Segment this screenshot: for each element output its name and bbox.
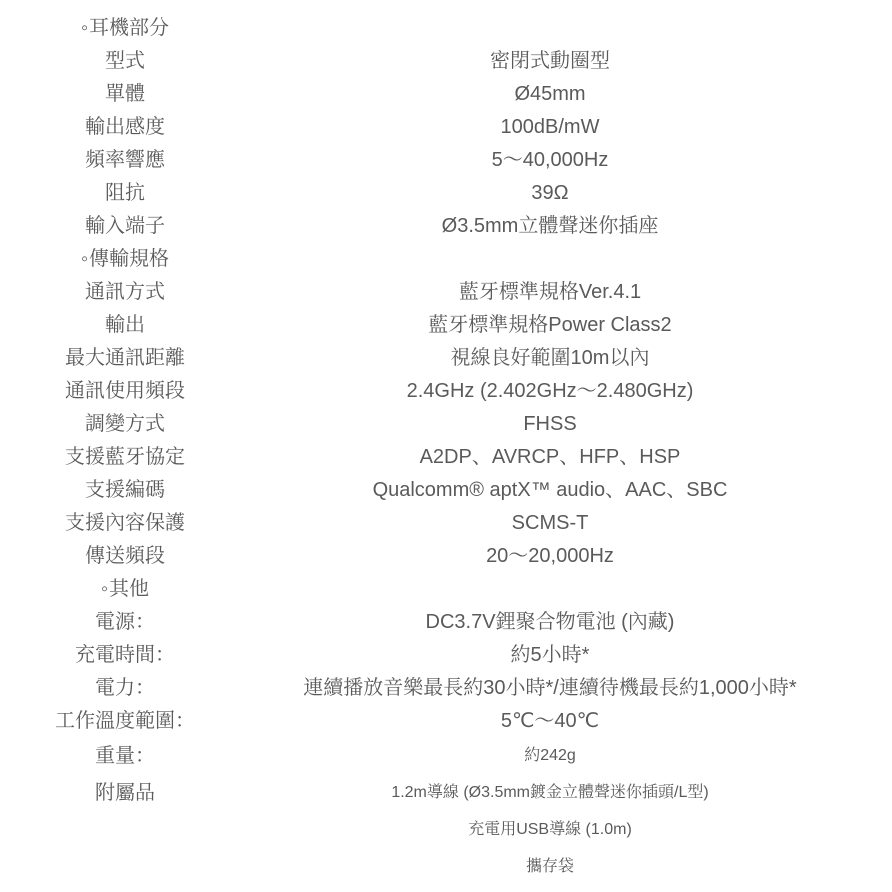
- spec-value: SCMS-T: [250, 513, 850, 533]
- spec-row: ◦傳輸規格: [0, 242, 850, 275]
- spec-value: 藍牙標準規格Power Class2: [250, 315, 850, 335]
- spec-label-text: 充電時間：: [75, 644, 175, 666]
- spec-row: 攜存袋: [0, 848, 850, 885]
- spec-row: 輸出感度 100dB/mW: [0, 110, 850, 143]
- spec-row: 最大通訊距離 視線良好範圍10m以內: [0, 341, 850, 374]
- spec-value: Ø3.5mm立體聲迷你插座: [250, 216, 850, 236]
- section-bullet-icon: ◦: [81, 17, 88, 39]
- spec-label-text: 輸入端子: [85, 215, 165, 237]
- spec-label: 頻率響應: [0, 150, 250, 170]
- spec-row: 通訊使用頻段 2.4GHz (2.402GHz～2.480GHz): [0, 374, 850, 407]
- spec-row: 傳送頻段 20～20,000Hz: [0, 539, 850, 572]
- spec-label: 最大通訊距離: [0, 348, 250, 368]
- spec-label-text: 支援藍牙協定: [65, 446, 185, 468]
- spec-row: 輸入端子 Ø3.5mm立體聲迷你插座: [0, 209, 850, 242]
- spec-value: 密閉式動圈型: [250, 51, 850, 71]
- spec-label: 重量：: [0, 746, 250, 766]
- spec-label-text: 通訊使用頻段: [65, 380, 185, 402]
- spec-label-text: 通訊方式: [85, 281, 165, 303]
- spec-row: 電源： DC3.7V鋰聚合物電池 (內藏): [0, 605, 850, 638]
- spec-label-text: 傳送頻段: [85, 545, 165, 567]
- spec-label-text: 輸出感度: [85, 116, 165, 138]
- spec-label-text: 支援編碼: [85, 479, 165, 501]
- spec-label: ◦傳輸規格: [0, 249, 250, 269]
- spec-row: ◦其他: [0, 572, 850, 605]
- spec-value: Ø45mm: [250, 84, 850, 104]
- spec-value: 充電用USB導線 (1.0m): [250, 822, 850, 838]
- spec-label: 附屬品: [0, 783, 250, 803]
- spec-label: 阻抗: [0, 183, 250, 203]
- spec-row: 支援藍牙協定 A2DP、AVRCP、HFP、HSP: [0, 440, 850, 473]
- section-bullet-icon: ◦: [101, 578, 108, 600]
- spec-label: 調變方式: [0, 414, 250, 434]
- spec-value: 約5小時*: [250, 645, 850, 665]
- spec-label-text: 重量：: [95, 745, 155, 767]
- spec-value: 藍牙標準規格Ver.4.1: [250, 282, 850, 302]
- spec-label-text: 最大通訊距離: [65, 347, 185, 369]
- spec-label: 輸出感度: [0, 117, 250, 137]
- spec-label-text: 輸出: [105, 314, 145, 336]
- spec-label-text: 單體: [105, 83, 145, 105]
- spec-label-text: 型式: [105, 50, 145, 72]
- spec-value: 攜存袋: [250, 859, 850, 875]
- spec-value: 1.2m導線 (Ø3.5mm鍍金立體聲迷你插頭/L型): [250, 785, 850, 801]
- spec-row: 支援內容保護 SCMS-T: [0, 506, 850, 539]
- spec-label: 電力：: [0, 678, 250, 698]
- spec-value: 5℃～40℃: [250, 711, 850, 731]
- spec-row: 電力： 連續播放音樂最長約30小時*/連續待機最長約1,000小時*: [0, 671, 850, 704]
- spec-row: 工作溫度範圍： 5℃～40℃: [0, 704, 850, 737]
- spec-value: 100dB/mW: [250, 117, 850, 137]
- spec-row: 附屬品 1.2m導線 (Ø3.5mm鍍金立體聲迷你插頭/L型): [0, 774, 850, 811]
- spec-value: 視線良好範圍10m以內: [250, 348, 850, 368]
- spec-label-text: 附屬品: [95, 782, 155, 804]
- spec-label-text: 支援內容保護: [65, 512, 185, 534]
- spec-row: 支援編碼 Qualcomm® aptX™ audio、AAC、SBC: [0, 473, 850, 506]
- spec-value: 約242g: [250, 748, 850, 764]
- spec-label-text: 其他: [109, 578, 149, 600]
- spec-value: Qualcomm® aptX™ audio、AAC、SBC: [250, 480, 850, 500]
- spec-row: 單體 Ø45mm: [0, 77, 850, 110]
- spec-label: ◦其他: [0, 579, 250, 599]
- spec-row: 充電時間： 約5小時*: [0, 638, 850, 671]
- spec-value: 20～20,000Hz: [250, 546, 850, 566]
- spec-label-text: 阻抗: [105, 182, 145, 204]
- spec-label-text: 電力：: [95, 677, 155, 699]
- spec-label-text: 耳機部分: [89, 17, 169, 39]
- section-bullet-icon: ◦: [81, 248, 88, 270]
- spec-value: 連續播放音樂最長約30小時*/連續待機最長約1,000小時*: [250, 678, 850, 698]
- spec-label-text: 傳輸規格: [89, 248, 169, 270]
- spec-row: 充電用USB導線 (1.0m): [0, 811, 850, 848]
- spec-value: 2.4GHz (2.402GHz～2.480GHz): [250, 381, 850, 401]
- spec-label: 支援編碼: [0, 480, 250, 500]
- spec-value: DC3.7V鋰聚合物電池 (內藏): [250, 612, 850, 632]
- spec-value: 39Ω: [250, 183, 850, 203]
- spec-row: 頻率響應 5～40,000Hz: [0, 143, 850, 176]
- spec-label: 型式: [0, 51, 250, 71]
- spec-label: 單體: [0, 84, 250, 104]
- spec-label-text: 調變方式: [85, 413, 165, 435]
- spec-label-text: 電源：: [95, 611, 155, 633]
- spec-label: 輸入端子: [0, 216, 250, 236]
- spec-label: 支援內容保護: [0, 513, 250, 533]
- spec-row: 通訊方式 藍牙標準規格Ver.4.1: [0, 275, 850, 308]
- spec-table: ◦耳機部分 型式 密閉式動圈型 單體 Ø45mm 輸出感度 100dB/mW 頻…: [0, 0, 850, 885]
- spec-row: 輸出 藍牙標準規格Power Class2: [0, 308, 850, 341]
- spec-label: 支援藍牙協定: [0, 447, 250, 467]
- spec-label: 通訊使用頻段: [0, 381, 250, 401]
- spec-row: ◦耳機部分: [0, 11, 850, 44]
- spec-label: 傳送頻段: [0, 546, 250, 566]
- spec-label: 輸出: [0, 315, 250, 335]
- spec-row: 阻抗 39Ω: [0, 176, 850, 209]
- spec-value: A2DP、AVRCP、HFP、HSP: [250, 447, 850, 467]
- spec-label: 通訊方式: [0, 282, 250, 302]
- spec-row: 調變方式 FHSS: [0, 407, 850, 440]
- spec-label-text: 工作溫度範圍：: [55, 710, 195, 732]
- spec-value: 5～40,000Hz: [250, 150, 850, 170]
- spec-label: 電源：: [0, 612, 250, 632]
- spec-row: 型式 密閉式動圈型: [0, 44, 850, 77]
- spec-label: 充電時間：: [0, 645, 250, 665]
- spec-row: 重量： 約242g: [0, 737, 850, 774]
- spec-value: FHSS: [250, 414, 850, 434]
- spec-label: ◦耳機部分: [0, 18, 250, 38]
- spec-label-text: 頻率響應: [85, 149, 165, 171]
- spec-label: 工作溫度範圍：: [0, 711, 250, 731]
